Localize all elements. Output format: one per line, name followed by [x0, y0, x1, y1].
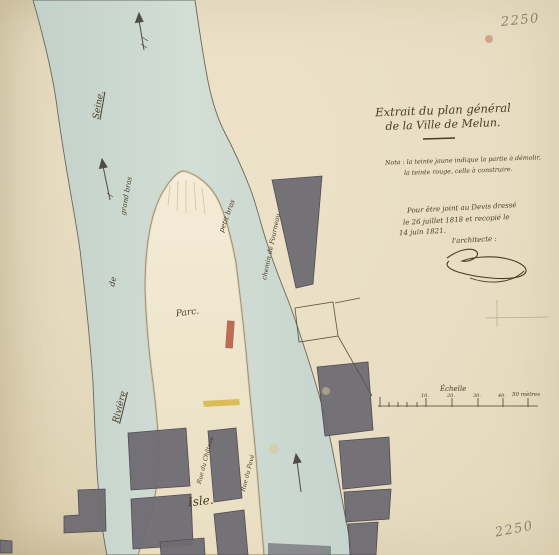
river-label-de: de: [108, 276, 119, 287]
building-block: [64, 489, 106, 533]
scale-tick-label: 20.: [447, 394, 455, 400]
scale-tick-label: 30.: [473, 394, 481, 400]
building-block: [339, 437, 391, 489]
map-drawing: [0, 0, 559, 555]
building-block: [348, 522, 378, 555]
scale-tick-label: 40.: [498, 394, 506, 400]
paper-stain: [485, 35, 493, 43]
building-block: [0, 540, 12, 553]
building-block: [344, 489, 391, 522]
scale-title: Échelle: [440, 385, 466, 393]
scale-tick-label: 10.: [421, 394, 429, 400]
paper-stain: [269, 444, 279, 454]
building-block: [317, 362, 373, 436]
building-block: [128, 428, 190, 490]
map-canvas: Seine. de Rivière grand bras petit bras …: [0, 0, 559, 555]
scale-end-label: 50 mètres: [512, 392, 540, 398]
paper-stain: [322, 387, 330, 395]
title-underline: [423, 138, 455, 139]
building-block: [214, 510, 248, 555]
island-label: Isle.: [187, 494, 214, 510]
